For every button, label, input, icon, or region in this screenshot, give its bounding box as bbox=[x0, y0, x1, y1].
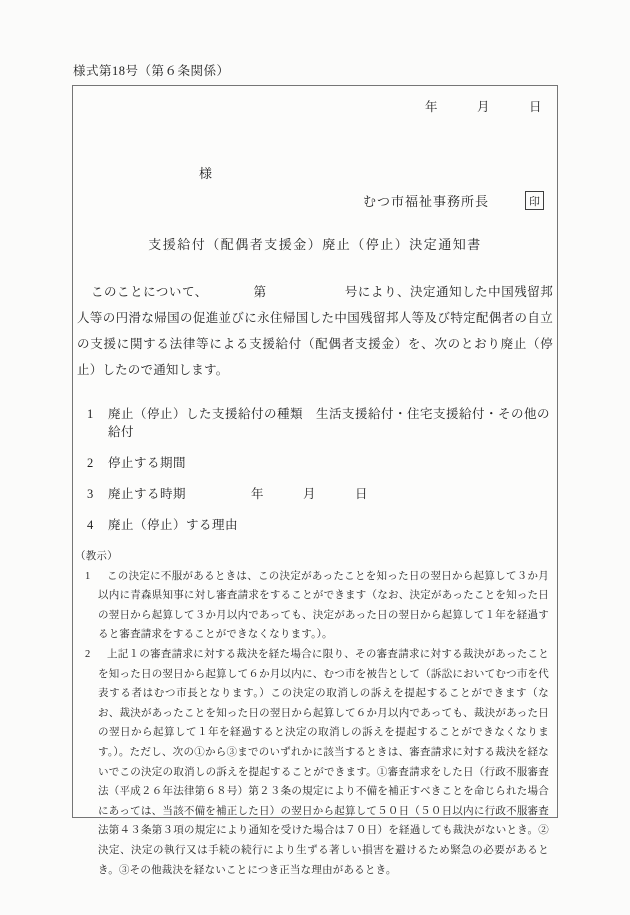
notice-item: 1 この決定に不服があるときは、この決定があったことを知った日の翌日から起算して… bbox=[75, 567, 549, 645]
document-title: 支援給付（配偶者支援金）廃止（停止）決定通知書 bbox=[73, 234, 557, 253]
body-paragraph: このことについて、 第 号により、決定通知した中国残留邦人等の円滑な帰国の促進並… bbox=[77, 279, 553, 383]
notice-item-number: 1 bbox=[85, 567, 90, 587]
notice-item-number: 2 bbox=[85, 645, 90, 665]
notice-item-text: 上記１の審査請求に対する裁決を経た場合に限り、その審査請求に対する裁決があったこ… bbox=[98, 649, 549, 876]
list-item: 1 廃止（停止）した支援給付の種類 生活支援給付・住宅支援給付・その他の給付 bbox=[73, 405, 557, 441]
seal-label: 印 bbox=[529, 193, 540, 209]
seal-box: 印 bbox=[525, 191, 544, 210]
notice-item: 2 上記１の審査請求に対する裁決を経た場合に限り、その審査請求に対する裁決があっ… bbox=[75, 645, 549, 880]
item-text: 廃止（停止）した支援給付の種類 生活支援給付・住宅支援給付・その他の給付 bbox=[108, 405, 557, 441]
recipient-line: 様 bbox=[73, 163, 557, 182]
notice-item-text: この決定に不服があるときは、この決定があったことを知った日の翌日から起算して３か… bbox=[98, 571, 549, 641]
notice-section: （教示） 1 この決定に不服があるときは、この決定があったことを知った日の翌日か… bbox=[73, 547, 557, 880]
item-number: 2 bbox=[87, 454, 108, 472]
issue-date-line: 年 月 日 bbox=[73, 97, 557, 115]
list-item: 4 廃止（停止）する理由 bbox=[73, 516, 557, 534]
form-number-label: 様式第18号（第６条関係） bbox=[73, 61, 230, 79]
item-text: 廃止する時期 年 月 日 bbox=[108, 485, 557, 503]
recipient-honorific: 様 bbox=[199, 166, 212, 181]
item-number: 4 bbox=[87, 516, 108, 534]
document-border-box: 年 月 日 様 むつ市福祉事務所長 印 支援給付（配偶者支援金）廃止（停止）決定… bbox=[72, 85, 558, 818]
issuer-title: むつ市福祉事務所長 bbox=[363, 191, 489, 210]
item-number: 1 bbox=[87, 405, 108, 441]
notice-heading: （教示） bbox=[75, 547, 549, 567]
document-page: 様式第18号（第６条関係） 年 月 日 様 むつ市福祉事務所長 印 支援給付（配… bbox=[0, 0, 630, 915]
list-item: 2 停止する期間 bbox=[73, 454, 557, 472]
item-list: 1 廃止（停止）した支援給付の種類 生活支援給付・住宅支援給付・その他の給付 2… bbox=[73, 405, 557, 534]
issuer-line: むつ市福祉事務所長 印 bbox=[73, 191, 557, 210]
item-text: 廃止（停止）する理由 bbox=[108, 516, 557, 534]
item-number: 3 bbox=[87, 485, 108, 503]
item-text: 停止する期間 bbox=[108, 454, 557, 472]
list-item: 3 廃止する時期 年 月 日 bbox=[73, 485, 557, 503]
